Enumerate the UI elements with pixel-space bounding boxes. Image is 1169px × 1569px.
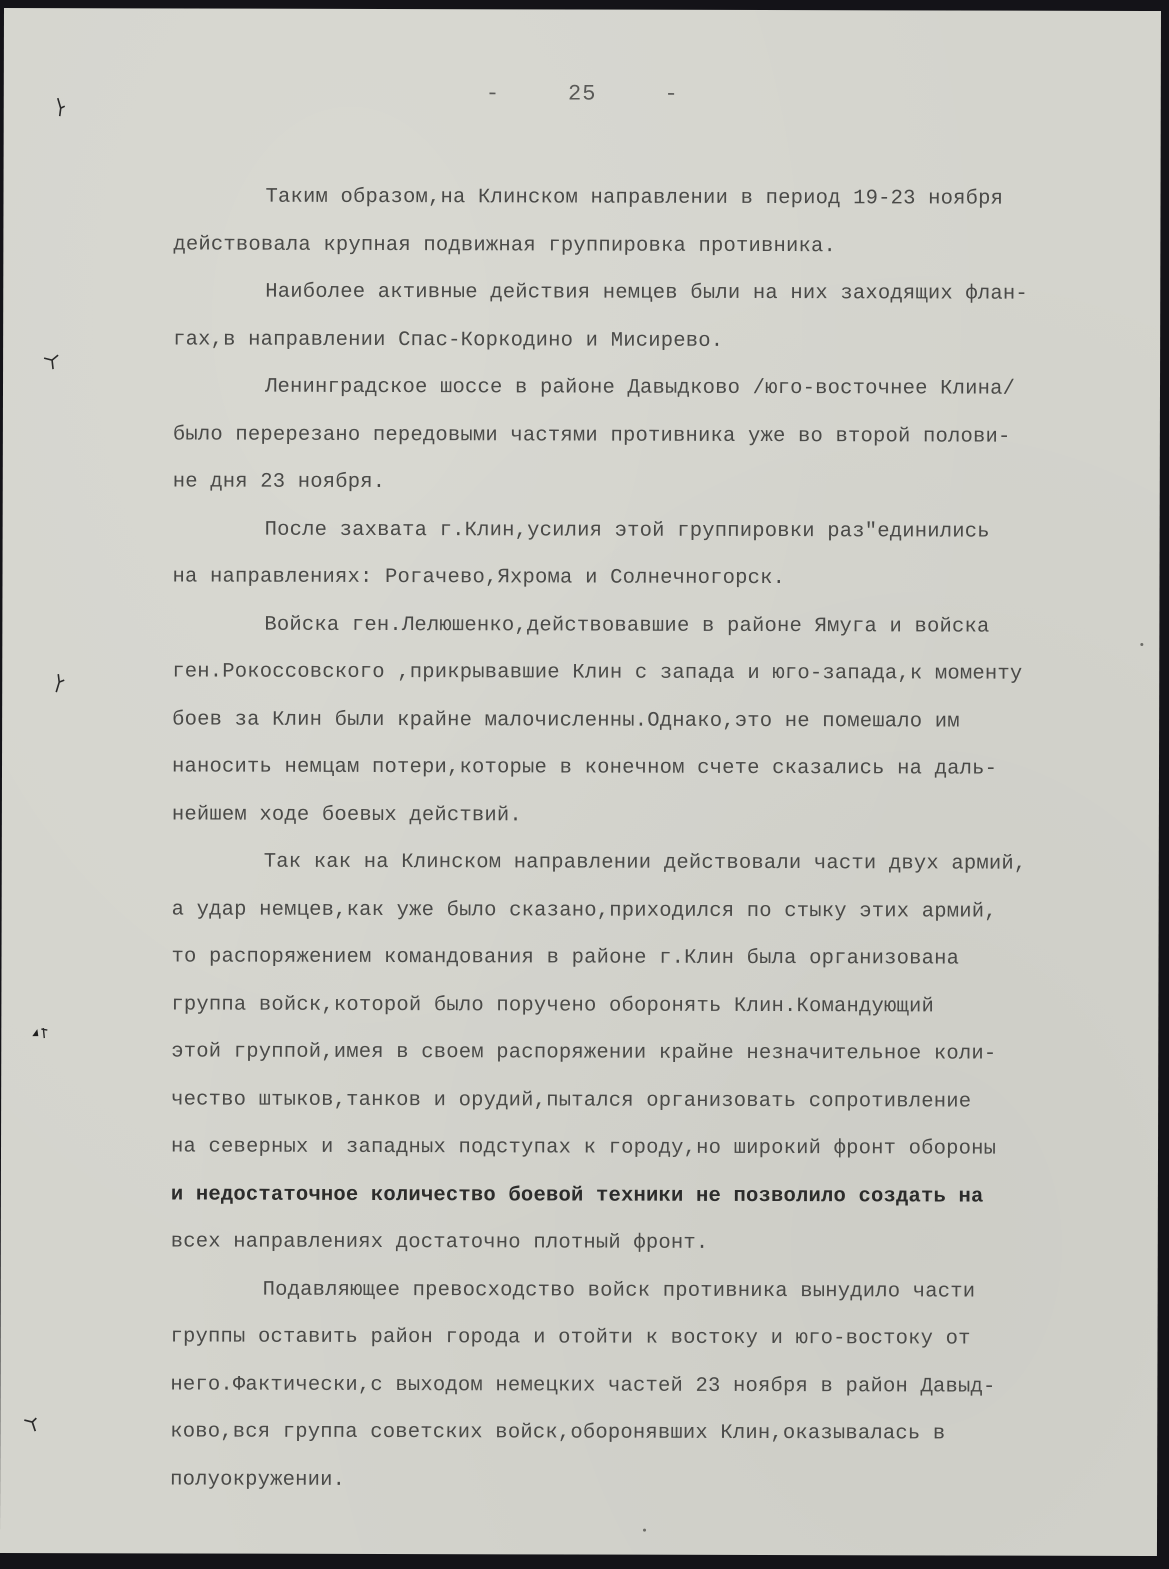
text-line: нейшем ходе боевых действий. bbox=[172, 791, 1132, 841]
text-line: группа войск,которой было поручено оборо… bbox=[171, 981, 1131, 1031]
ink-speck bbox=[643, 1529, 646, 1532]
text-line: него.Фактически,с выходом немецких часте… bbox=[170, 1361, 1130, 1411]
text-line: гах,в направлении Спас-Коркодино и Мисир… bbox=[173, 316, 1133, 366]
text-line: ково,вся группа советских войск,обороняв… bbox=[170, 1408, 1130, 1458]
document-page: -25- Таким образом,на Клинском направлен… bbox=[0, 8, 1161, 1556]
text-line: а удар немцев,как уже было сказано,прихо… bbox=[172, 886, 1132, 936]
text-line: ген.Рокоссовского ,прикрывавшие Клин с з… bbox=[172, 648, 1132, 698]
text-line: на направлениях: Рогачево,Яхрома и Солне… bbox=[172, 553, 1132, 603]
paragraph-first-line: Так как на Клинском направлении действов… bbox=[172, 838, 1132, 888]
text-line: и недостаточное количество боевой техник… bbox=[171, 1171, 1131, 1221]
binder-hole-icon bbox=[41, 352, 63, 374]
page-number-dash-left: - bbox=[486, 81, 500, 106]
document-body: Таким образом,на Клинском направлении в … bbox=[170, 173, 1133, 1506]
paragraph-first-line: Наиболее активные действия немцев были н… bbox=[173, 268, 1133, 318]
page-number: -25- bbox=[4, 80, 1161, 108]
ink-speck bbox=[1140, 643, 1143, 646]
binder-hole-icon bbox=[50, 96, 72, 118]
text-line: полуокружении. bbox=[170, 1456, 1130, 1506]
text-line: чество штыков,танков и орудий,пытался ор… bbox=[171, 1076, 1131, 1126]
binder-hole-icon bbox=[22, 1412, 44, 1434]
paragraph-first-line: Подавляющее превосходство войск противни… bbox=[171, 1266, 1131, 1316]
binder-hole-icon bbox=[29, 1024, 51, 1046]
text-line: группы оставить район города и отойти к … bbox=[170, 1313, 1130, 1363]
paragraph-first-line: Войска ген.Лелюшенко,действовавшие в рай… bbox=[172, 601, 1132, 651]
text-line: боев за Клин были крайне малочисленны.Од… bbox=[172, 696, 1132, 746]
page-number-value: 25 bbox=[568, 81, 596, 106]
text-line: наносить немцам потери,которые в конечно… bbox=[172, 743, 1132, 793]
text-line: всех направлениях достаточно плотный фро… bbox=[171, 1218, 1131, 1268]
text-line: этой группой,имея в своем распоряжении к… bbox=[171, 1028, 1131, 1078]
text-line: на северных и западных подступах к город… bbox=[171, 1123, 1131, 1173]
text-line: действовала крупная подвижная группировк… bbox=[173, 221, 1133, 271]
page-number-dash-right: - bbox=[664, 82, 678, 107]
paragraph-first-line: Таким образом,на Клинском направлении в … bbox=[173, 173, 1133, 223]
binder-hole-icon bbox=[48, 672, 70, 694]
text-line: было перерезано передовыми частями проти… bbox=[173, 411, 1133, 461]
paragraph-first-line: Ленинградское шоссе в районе Давыдково /… bbox=[173, 363, 1133, 413]
paragraph-first-line: После захвата г.Клин,усилия этой группир… bbox=[173, 506, 1133, 556]
text-line: то распоряжением командования в районе г… bbox=[171, 933, 1131, 983]
text-line: не дня 23 ноября. bbox=[173, 458, 1133, 508]
